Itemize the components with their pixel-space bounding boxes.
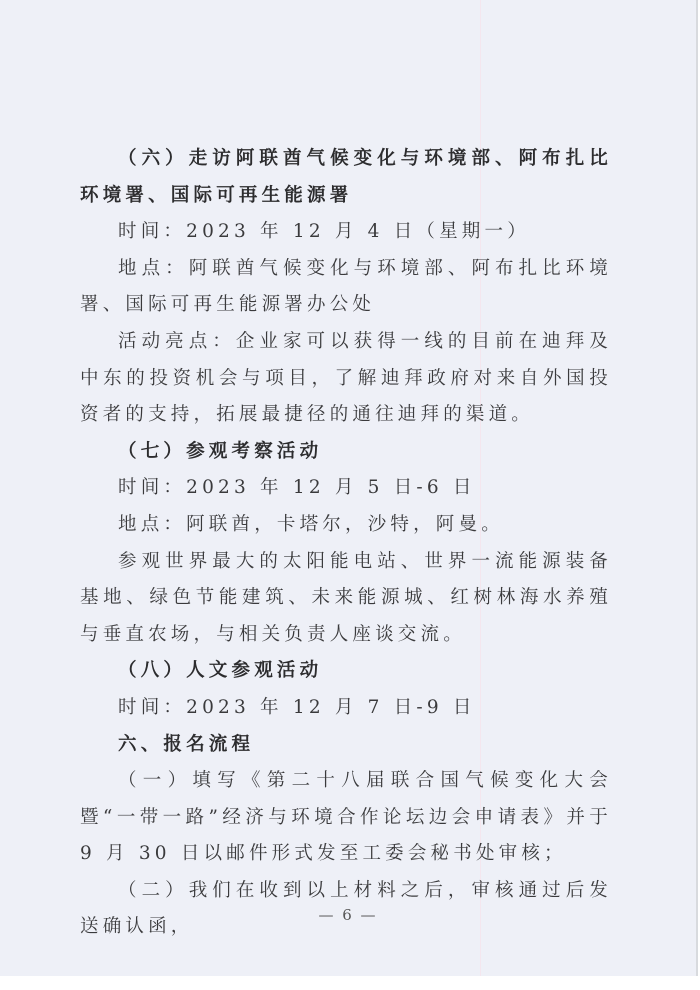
registration-step-1: （一）填写《第二十八届联合国气候变化大会暨“一带一路”经济与环境合作论坛边会申请… <box>80 763 612 873</box>
cultural-visit-time: 时间：2023 年 12 月 7 日-9 日 <box>80 690 612 727</box>
site-visit-description: 参观世界最大的太阳能电站、世界一流能源装备基地、绿色节能建筑、未来能源城、红树林… <box>80 544 612 654</box>
visit-highlights: 活动亮点：企业家可以获得一线的目前在迪拜及中东的投资机会与项目，了解迪拜政府对来… <box>80 324 612 434</box>
document-body: （六）走访阿联酋气候变化与环境部、阿布扎比环境署、国际可再生能源署 时间：202… <box>80 141 612 946</box>
visit-location: 地点：阿联酋气候变化与环境部、阿布扎比环境署、国际可再生能源署办公处 <box>80 251 612 324</box>
section-heading-registration: 六、报名流程 <box>80 727 612 764</box>
section-heading-visit-agencies: （六）走访阿联酋气候变化与环境部、阿布扎比环境署、国际可再生能源署 <box>80 141 612 214</box>
visit-time: 时间：2023 年 12 月 4 日（星期一） <box>80 214 612 251</box>
site-visit-time: 时间：2023 年 12 月 5 日-6 日 <box>80 470 612 507</box>
section-heading-cultural-visits: （八）人文参观活动 <box>80 653 612 690</box>
page-number: — 6 — <box>0 906 696 924</box>
site-visit-location: 地点：阿联酋，卡塔尔，沙特，阿曼。 <box>80 507 612 544</box>
document-page: （六）走访阿联酋气候变化与环境部、阿布扎比环境署、国际可再生能源署 时间：202… <box>0 0 698 976</box>
section-heading-site-visits: （七）参观考察活动 <box>80 434 612 471</box>
